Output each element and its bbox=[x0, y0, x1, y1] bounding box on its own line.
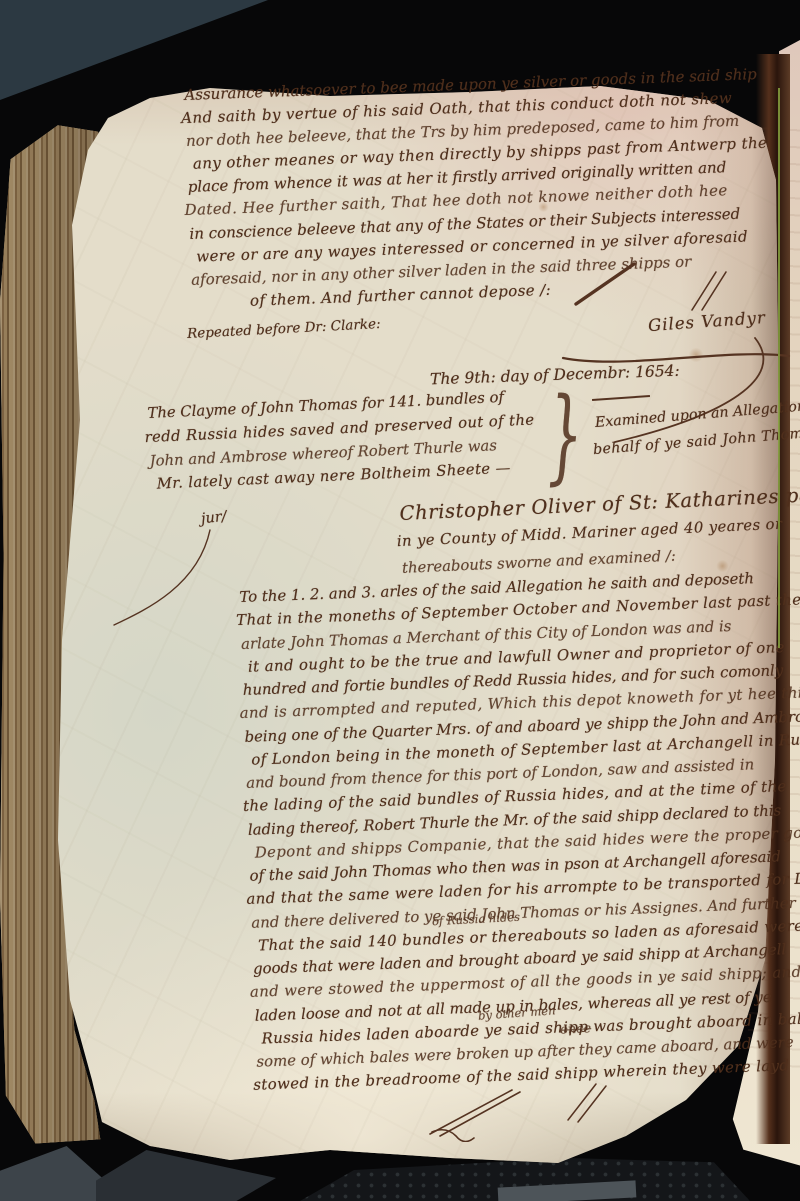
claim-brace: } bbox=[546, 384, 584, 488]
foxing-spot bbox=[688, 348, 704, 362]
claim-margin-note: The Clayme of John Thomas for 141. bundl… bbox=[147, 382, 587, 497]
deposition-closing-paragraph: Assurance whatsoever to bee made upon ye… bbox=[184, 62, 796, 315]
gutter-green-edge bbox=[778, 88, 780, 648]
manuscript-photo: Assurance whatsoever to bee made upon ye… bbox=[0, 0, 800, 1201]
jurat-mark: jur/ bbox=[200, 509, 227, 528]
struck-through-word: once bbox=[560, 1021, 592, 1038]
